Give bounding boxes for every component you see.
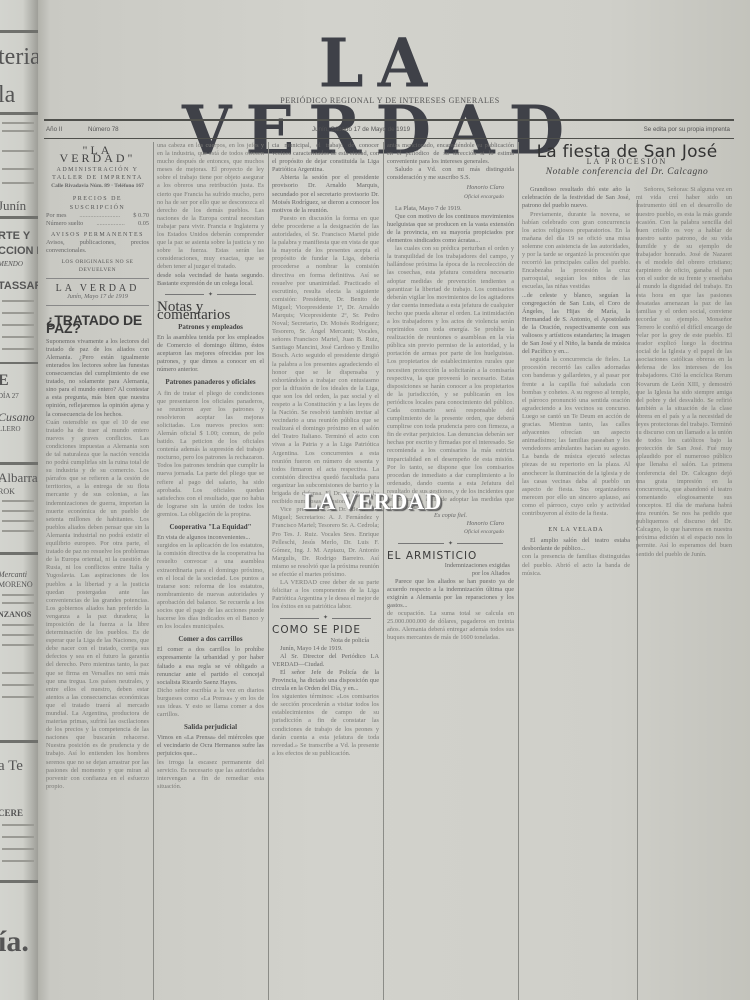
margin-fragment: Cusano (0, 410, 35, 425)
margin-fragment: Mercanti (0, 570, 27, 579)
margin-rule (0, 30, 38, 33)
notas-section-text: El comer a dos carrillos lo prohíbe expr… (157, 646, 264, 686)
margin-fragment: la (0, 82, 15, 109)
como-se-pide-subhead: Nota de policía (272, 637, 379, 645)
box-admin: ADMINISTRACIÓN Y TALLER DE IMPRENTA (46, 166, 149, 182)
price-value: 0.05 (138, 220, 149, 228)
fiesta-lead: Grandioso resultado dió este año la cele… (522, 186, 630, 210)
notas-section-title: Comer a dos carrillos (157, 635, 264, 643)
letter-date: La Plata, Mayo 7 de 1919. (387, 205, 514, 213)
editorial-paper-name: LA VERDAD (46, 285, 149, 293)
margin-rule (0, 740, 38, 743)
margin-rule (0, 552, 38, 555)
signature-name: Honorio Claro (387, 184, 514, 192)
box-title: "LA VERDAD" (46, 146, 149, 162)
margin-fragment: Junín (0, 198, 26, 214)
margin-rule (0, 880, 38, 883)
fiesta-deck: Notable conferencia del Dr. Calcagno (522, 168, 732, 176)
margin-fragment: CCION P (0, 245, 38, 257)
notas-section-title: Salida perjudicial (157, 723, 264, 731)
masthead-subtitle: PERIÓDICO REGIONAL Y DE INTERESES GENERA… (160, 96, 620, 105)
velada-text: El amplio salón del teatro estaba desbor… (522, 537, 630, 553)
margin-fragment: LLERO (0, 425, 21, 433)
fiesta-procession: ...de celeste y blanco, seguían la congr… (522, 292, 630, 357)
margin-fragment: Albarrac (0, 470, 38, 486)
editorial-lead: Suponemos vivamente a los lectores del t… (46, 338, 149, 419)
margin-fragment: ROK (0, 487, 15, 496)
prices-header: PRECIOS DE SUSCRIPCIÓN (46, 195, 149, 211)
margin-rule (0, 216, 38, 219)
section-divider: ✦ (272, 614, 379, 622)
fiesta-headline: La fiesta de San José (522, 148, 732, 156)
price-row: Número suelto .................. 0.05 (46, 220, 149, 228)
margin-fragment: DÍA 27 (0, 392, 19, 400)
letter-text: Que con motivo de los continuos movimien… (387, 213, 514, 245)
fiesta-col-a: Grandioso resultado dió este año la cele… (522, 186, 630, 577)
column3-second: Abierta la sesión por el presidente prov… (272, 174, 379, 214)
section-divider: ✦ (387, 540, 514, 548)
notas-section-title: Cooperativa "La Equidad" (157, 523, 264, 531)
price-label: Por mes (46, 212, 66, 220)
column-2: una cabeza en los cuerpos, en los jefes … (157, 142, 264, 1000)
margin-fragment: E (0, 372, 9, 390)
watermark-overlay: LA VERDAD (303, 489, 442, 515)
notices-text: Avisos, publicaciones, precios convencio… (46, 239, 149, 255)
margin-fragment: a Te (0, 758, 23, 775)
printer-note: Se edita por su propia imprenta (644, 126, 730, 133)
signature-name: Honorio Claro (387, 520, 514, 528)
como-se-pide-text: El señor Jefe de Policía de la Provincia… (272, 669, 379, 693)
notas-section-title: Patrones panaderos y oficiales (157, 378, 264, 386)
margin-fragment: MORENO (0, 580, 33, 589)
signature-title: Oficial encargado (387, 193, 514, 201)
notas-headline: Notas y comentarios (157, 303, 264, 319)
info-bar: Año II Número 78 Junín, Sábado 17 de May… (44, 126, 734, 136)
box-footer: LOS ORIGINALES NO SE DEVUELVEN (46, 258, 149, 274)
como-se-pide-salutation: Al Sr. Director del Periódico LA VERDAD—… (272, 653, 379, 669)
como-se-pide-date: Junín, Mayo 14 de 1919. (272, 645, 379, 653)
margin-fragment: MENDO (0, 260, 23, 268)
issue-number: Número 78 (88, 126, 119, 133)
margin-fragment: CERE (0, 808, 23, 818)
notas-section-title: Patrones y empleados (157, 323, 264, 331)
margin-fragment: NZANOS (0, 610, 31, 619)
column-fiesta: La fiesta de San José LA PROCESIÓN Notab… (522, 142, 732, 1000)
notas-section-text: En vista de algunos inconvenientes... (157, 534, 264, 542)
price-value: $ 0.70 (133, 212, 149, 220)
margin-rule (0, 462, 38, 465)
signature-title: Oficial encargado (387, 528, 514, 536)
velada-subhead: EN LA VELADA (522, 526, 630, 534)
margin-fragment: RTE Y (0, 230, 30, 242)
section-divider: ✦ (157, 291, 264, 299)
price-row: Por mes .......................... $ 0.7… (46, 212, 149, 220)
column3-first: cia municipal, el trabajo de conocer vec… (272, 142, 379, 174)
margin-fragment: TASSAR (0, 280, 38, 292)
column-4: antes mencionado, encareciéndole su publ… (387, 142, 514, 1000)
subscription-box: "LA VERDAD" ADMINISTRACIÓN Y TALLER DE I… (46, 146, 149, 279)
year-label: Año II (46, 126, 62, 133)
dateline: Junín, Sábado 17 de Mayo de 1919 (312, 126, 410, 133)
como-se-pide-headline: COMO SE PIDE (272, 626, 379, 634)
infobar-rule (44, 138, 734, 139)
column-3: cia municipal, el trabajo de conocer vec… (272, 142, 379, 1000)
notas-section-text: En la asamblea tenida por los empleados … (157, 334, 264, 374)
adjacent-page-edge: teria la Junín RTE Y CCION P MENDO TASSA… (0, 0, 38, 1000)
margin-fragment: ía. (0, 925, 29, 959)
editorial-headline: ¿TRATADO DE PAZ? (46, 316, 149, 332)
armisticio-subhead: Indemnizaciones exigidas por los Aliados (387, 562, 514, 578)
editorial-date: Junín, Mayo 17 de 1919 (46, 293, 149, 305)
column-1: "LA VERDAD" ADMINISTRACIÓN Y TALLER DE I… (46, 142, 149, 1000)
column4-first: antes mencionado, encareciéndole su publ… (387, 142, 514, 166)
box-address: Calle Rivadavia Núm. 89 · Teléfono 167 (46, 182, 149, 190)
notas-section-text: Vimos en «La Prensa» del miércoles que e… (157, 734, 264, 758)
fiesta-col-b: Señores, Señoras: Si alguna vez en mi vi… (636, 186, 732, 577)
margin-fragment: teria (0, 44, 38, 71)
notices-header: AVISOS PERMANENTES (46, 231, 149, 239)
armisticio-text: Parece que los aliados se han puesto ya … (387, 578, 514, 610)
margin-rule (0, 362, 38, 364)
column4-greeting: Saludo a Vd. con mi más distinguida cons… (387, 166, 514, 182)
margin-rule (0, 112, 38, 115)
masthead-rule (44, 119, 734, 121)
price-label: Número suelto (46, 220, 83, 228)
armisticio-headline: EL ARMISTICIO (387, 552, 514, 560)
notas-intro-tail: desde sola vecindad de hasta segundo. Ba… (157, 272, 264, 288)
